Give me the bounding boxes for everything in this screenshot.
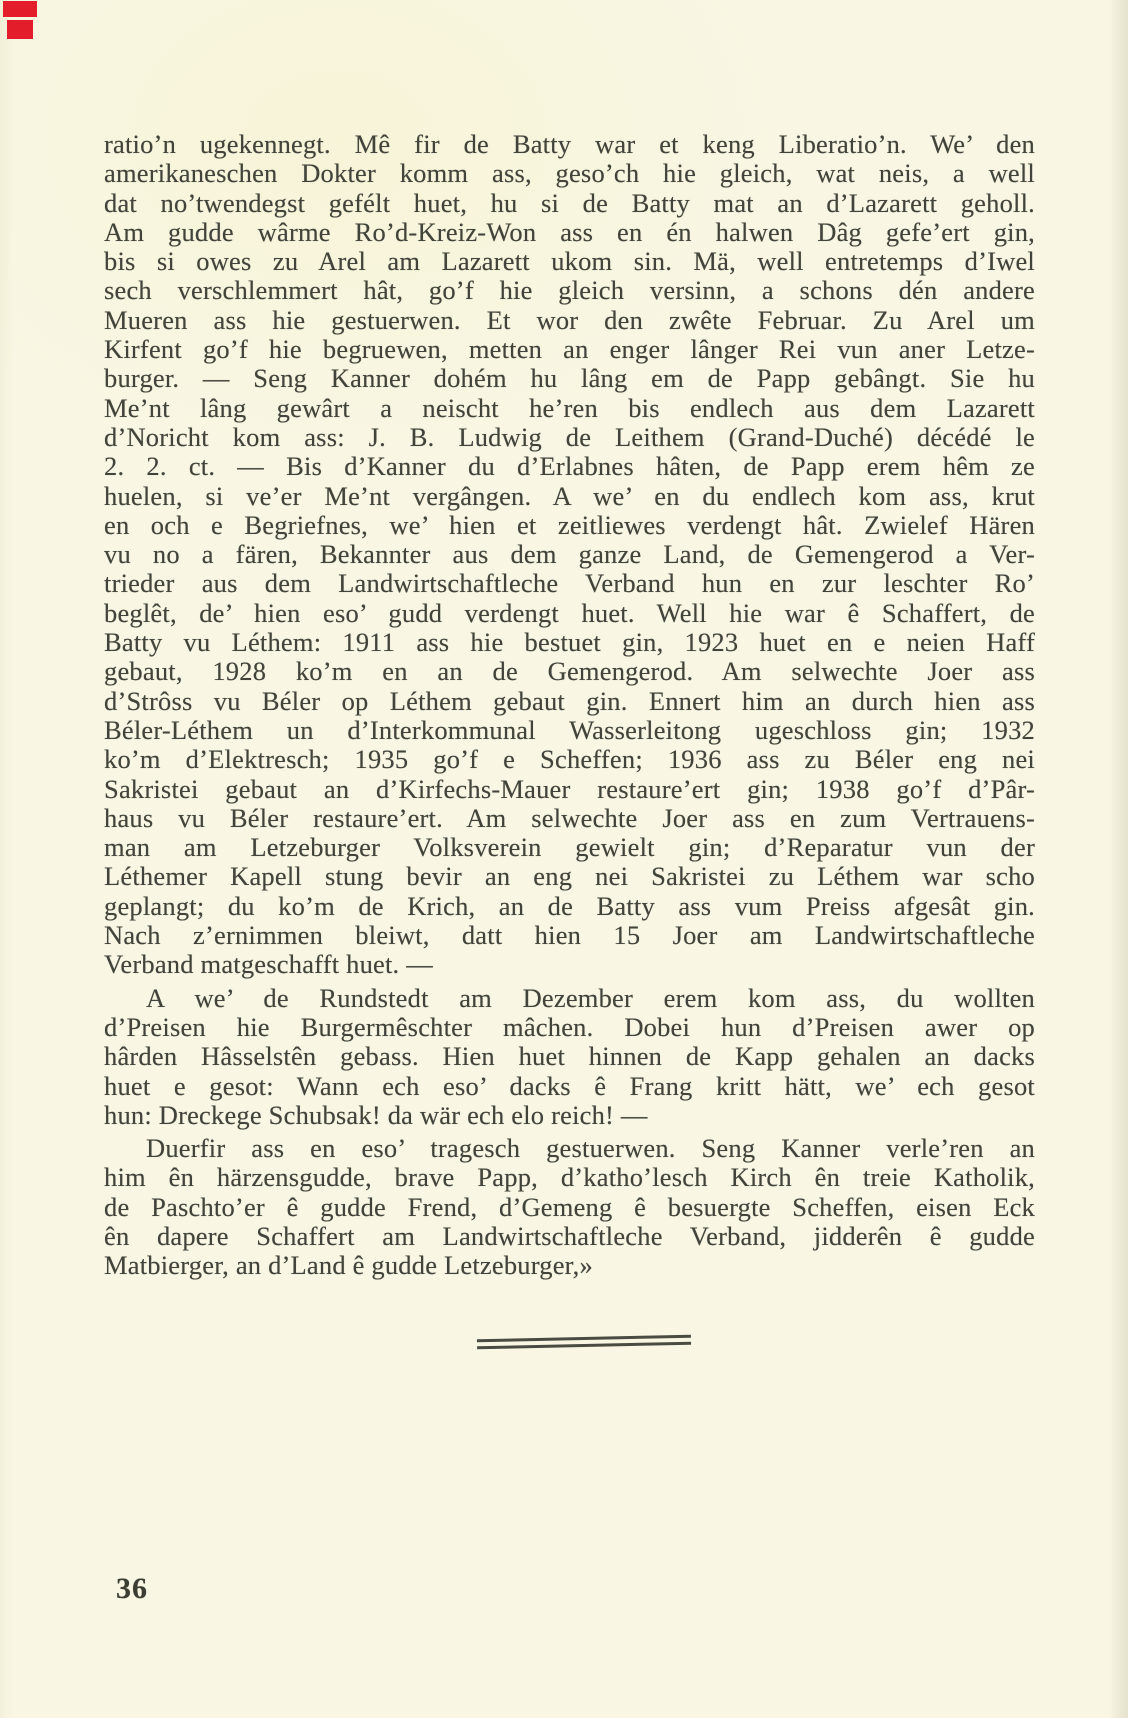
text-line: dat no’twendegst gefélt huet, hu si de B…	[104, 189, 1035, 218]
scan-artifact-red-mark	[7, 20, 33, 39]
text-line: A we’ de Rundstedt am Dezember erem kom …	[104, 984, 1035, 1013]
text-line: Matbierger, an d’Land ê gudde Letzeburge…	[104, 1251, 1035, 1280]
text-line: burger. — Seng Kanner dohém hu lâng em d…	[104, 364, 1035, 393]
text-line: gebaut, 1928 ko’m en an de Gemengerod. A…	[104, 657, 1035, 686]
scan-artifact-red-mark	[3, 1, 37, 17]
text-line: Sakristei gebaut an d’Kirfechs-Mauer res…	[104, 775, 1035, 804]
text-line: d’Preisen hie Burgermêschter mâchen. Dob…	[104, 1013, 1035, 1042]
text-line: haus vu Béler restaure’ert. Am selwechte…	[104, 804, 1035, 833]
text-line: Nach z’ernimmen bleiwt, datt hien 15 Joe…	[104, 921, 1035, 950]
text-line: Duerfir ass en eso’ tragesch gestuerwen.…	[104, 1134, 1035, 1163]
text-line: huelen, si ve’er Me’nt vergângen. A we’ …	[104, 482, 1035, 511]
text-line: sech verschlemmert hât, go’f hie gleich …	[104, 276, 1035, 305]
text-line: en och e Begriefnes, we’ hien et zeitlie…	[104, 511, 1035, 540]
text-line: Me’nt lâng gewârt a neischt he’ren bis e…	[104, 394, 1035, 423]
text-line: 2. 2. ct. — Bis d’Kanner du d’Erlabnes h…	[104, 452, 1035, 481]
text-line: beglêt, de’ hien eso’ gudd verdengt huet…	[104, 599, 1035, 628]
text-line: d’Noricht kom ass: J. B. Ludwig de Leith…	[104, 423, 1035, 452]
text-line: amerikaneschen Dokter komm ass, geso’ch …	[104, 159, 1035, 188]
text-line: de Paschto’er ê gudde Frend, d’Gemeng ê …	[104, 1193, 1035, 1222]
text-line: Batty vu Léthem: 1911 ass hie bestuet gi…	[104, 628, 1035, 657]
text-line: vu no a fären, Bekannter aus dem ganze L…	[104, 540, 1035, 569]
text-line: geplangt; du ko’m de Krich, an de Batty …	[104, 892, 1035, 921]
text-line: ên dapere Schaffert am Landwirtschaftlec…	[104, 1222, 1035, 1251]
text-line: Am gudde wârme Ro’d-Kreiz-Won ass en én …	[104, 218, 1035, 247]
text-line: hârden Hâsselstên gebass. Hien huet hinn…	[104, 1042, 1035, 1071]
text-line: bis si owes zu Arel am Lazarett ukom sin…	[104, 247, 1035, 276]
text-line: Béler-Léthem un d’Interkommunal Wasserle…	[104, 716, 1035, 745]
text-line: him ên härzensgudde, brave Papp, d’katho…	[104, 1163, 1035, 1192]
page-number: 36	[116, 1572, 148, 1606]
body-text: ratio’n ugekennegt. Mê fir de Batty war …	[104, 130, 1035, 1281]
text-line: huet e gesot: Wann ech eso’ dacks ê Fran…	[104, 1072, 1035, 1101]
text-line: ratio’n ugekennegt. Mê fir de Batty war …	[104, 130, 1035, 159]
text-line: trieder aus dem Landwirtschaftleche Verb…	[104, 569, 1035, 598]
text-line: hun: Dreckege Schubsak! da wär ech elo r…	[104, 1101, 1035, 1130]
text-line: Mueren ass hie gestuerwen. Et wor den zw…	[104, 306, 1035, 335]
text-line: Verband matgeschafft huet. —	[104, 950, 1035, 979]
text-line: man am Letzeburger Volksverein gewielt g…	[104, 833, 1035, 862]
text-line: ko’m d’Elektresch; 1935 go’f e Scheffen;…	[104, 745, 1035, 774]
text-line: Kirfent go’f hie begruewen, metten an en…	[104, 335, 1035, 364]
text-line: d’Strôss vu Béler op Léthem gebaut gin. …	[104, 687, 1035, 716]
text-line: Léthemer Kapell stung bevir an eng nei S…	[104, 862, 1035, 891]
